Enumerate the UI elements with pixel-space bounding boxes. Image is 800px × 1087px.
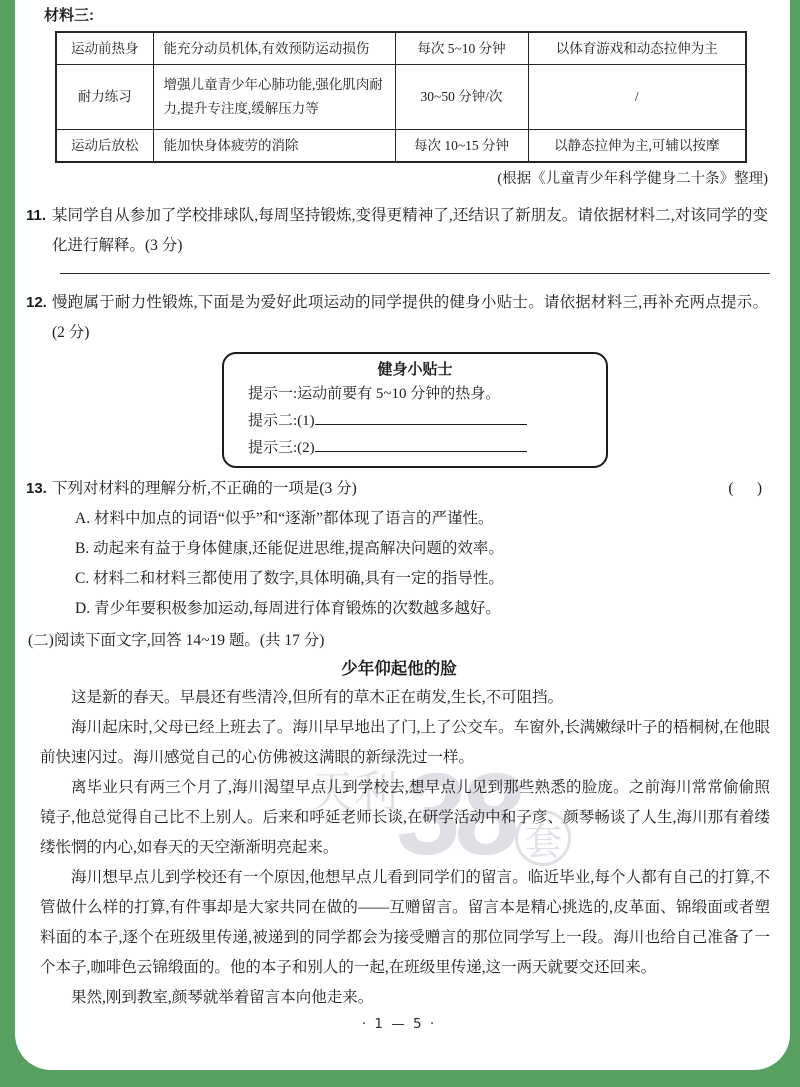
tip-two-blank	[315, 411, 527, 425]
exam-page: 天利 38 套 材料三: 运动前热身 能充分动员机体,有效预防运动损伤 每次 5…	[15, 0, 790, 1070]
material-source-note: (根据《儿童青少年科学健身二十条》整理)	[28, 169, 768, 189]
table-cell-stage: 运动后放松	[56, 130, 153, 163]
passage-paragraph: 离毕业只有两三个月了,海川渴望早点儿到学校去,想早点儿见到那些熟悉的脸庞。之前海…	[40, 773, 770, 863]
option-d: D. 青少年要积极参加运动,每周进行体育锻炼的次数越多越好。	[75, 594, 770, 624]
passage-title: 少年仰起他的脸	[28, 656, 770, 683]
passage-paragraph: 这是新的春天。早晨还有些清冷,但所有的草木正在萌发,生长,不可阻挡。	[40, 683, 770, 713]
table-cell-method: /	[528, 65, 746, 130]
table-cell-benefit: 能加快身体疲劳的消除	[153, 130, 395, 163]
table-cell-duration: 每次 10~15 分钟	[395, 130, 528, 163]
question-13: 13. ( ) 下列对材料的理解分析,不正确的一项是(3 分)	[28, 474, 768, 504]
question-11-number: 11.	[26, 201, 46, 231]
table-cell-method: 以体育游戏和动态拉伸为主	[528, 32, 746, 65]
table-cell-benefit: 能充分动员机体,有效预防运动损伤	[153, 32, 395, 65]
question-11-text: 某同学自从参加了学校排球队,每周坚持锻炼,变得更精神了,还结识了新朋友。请依据材…	[52, 207, 768, 254]
tip-two-label: 提示二:(1)	[248, 413, 315, 429]
option-a: A. 材料中加点的词语“似乎”和“逐渐”都体现了语言的严谨性。	[75, 504, 770, 534]
table-cell-duration: 每次 5~10 分钟	[395, 32, 528, 65]
passage-paragraph: 果然,刚到教室,颜琴就举着留言本向他走来。	[40, 983, 770, 1013]
question-12: 12. 慢跑属于耐力性锻炼,下面是为爱好此项运动的同学提供的健身小贴士。请依据材…	[28, 288, 768, 348]
question-13-number: 13.	[26, 474, 47, 504]
table-row-cooldown: 运动后放松 能加快身体疲劳的消除 每次 10~15 分钟 以静态拉伸为主,可辅以…	[56, 130, 746, 163]
answer-bracket: ( )	[728, 474, 762, 504]
reading-section-header: (二)阅读下面文字,回答 14~19 题。(共 17 分)	[28, 626, 770, 656]
material-three-table: 运动前热身 能充分动员机体,有效预防运动损伤 每次 5~10 分钟 以体育游戏和…	[55, 31, 747, 163]
tips-box-title: 健身小贴士	[248, 359, 582, 381]
table-cell-stage: 运动前热身	[56, 32, 153, 65]
table-row-warmup: 运动前热身 能充分动员机体,有效预防运动损伤 每次 5~10 分钟 以体育游戏和…	[56, 32, 746, 65]
material-three-label: 材料三:	[44, 5, 770, 26]
option-c: C. 材料二和材料三都使用了数字,具体明确,具有一定的指导性。	[75, 564, 770, 594]
table-cell-stage: 耐力练习	[56, 65, 153, 130]
page-number: · 1 — 5 ·	[28, 1015, 770, 1033]
tip-one: 提示一:运动前要有 5~10 分钟的热身。	[248, 381, 582, 408]
table-cell-duration: 30~50 分钟/次	[395, 65, 528, 130]
table-row-endurance: 耐力练习 增强儿童青少年心肺功能,强化肌肉耐力,提升专注度,缓解压力等 30~5…	[56, 65, 746, 130]
tip-two: 提示二:(1)	[248, 408, 582, 435]
question-12-text: 慢跑属于耐力性锻炼,下面是为爱好此项运动的同学提供的健身小贴士。请依据材料三,再…	[52, 294, 768, 341]
question-12-number: 12.	[26, 288, 47, 318]
passage-paragraph: 海川想早点儿到学校还有一个原因,他想早点儿看到同学们的留言。临近毕业,每个人都有…	[40, 863, 770, 983]
fitness-tips-box: 健身小贴士 提示一:运动前要有 5~10 分钟的热身。 提示二:(1) 提示三:…	[222, 352, 608, 468]
tip-three-label: 提示三:(2)	[248, 440, 315, 456]
answer-blank-line	[60, 273, 770, 274]
table-cell-method: 以静态拉伸为主,可辅以按摩	[528, 130, 746, 163]
page-content: 材料三: 运动前热身 能充分动员机体,有效预防运动损伤 每次 5~10 分钟 以…	[15, 0, 790, 1033]
option-b: B. 动起来有益于身体健康,还能促进思维,提高解决问题的效率。	[75, 534, 770, 564]
question-11: 11. 某同学自从参加了学校排球队,每周坚持锻炼,变得更精神了,还结识了新朋友。…	[28, 201, 768, 261]
passage-paragraph: 海川起床时,父母已经上班去了。海川早早地出了门,上了公交车。车窗外,长满嫩绿叶子…	[40, 713, 770, 773]
question-13-text: 下列对材料的理解分析,不正确的一项是(3 分)	[52, 480, 357, 497]
table-cell-benefit: 增强儿童青少年心肺功能,强化肌肉耐力,提升专注度,缓解压力等	[153, 65, 395, 130]
tip-three-blank	[315, 438, 527, 452]
tip-three: 提示三:(2)	[248, 435, 582, 462]
